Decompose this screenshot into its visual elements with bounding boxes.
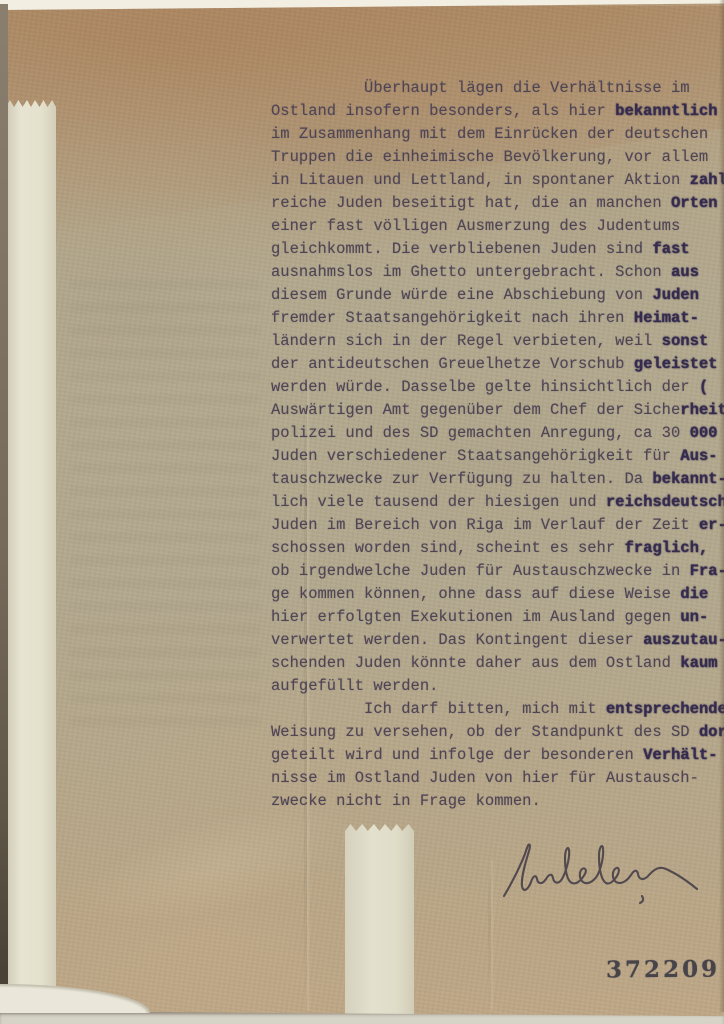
typed-line: Juden verschiedener Staatsangehörigkeit … (271, 445, 724, 468)
typed-line: ob irgendwelche Juden für Austauschzweck… (271, 560, 724, 583)
typed-line: im Zusammenhang mit dem Einrücken der de… (271, 123, 724, 146)
typed-text-block: Überhaupt lägen die Verhältnisse imOstla… (271, 77, 724, 813)
typed-line: schossen worden sind, scheint es sehr fr… (271, 537, 724, 560)
typed-line: werden würde. Dasselbe gelte hinsichtlic… (271, 376, 724, 399)
typed-line: aufgefüllt werden. (271, 675, 724, 698)
typed-line: gleichkommt. Die verbliebenen Juden sind… (271, 238, 724, 261)
typed-line: Weisung zu versehen, ob der Standpunkt d… (271, 721, 724, 744)
typed-line: polizei und des SD gemachten Anregung, c… (271, 422, 724, 445)
paper-crease (488, 860, 491, 1010)
reverse-side-ink-bleed (70, 280, 260, 740)
typed-line: Auswärtigen Amt gegenüber dem Chef der S… (271, 399, 724, 422)
typed-line: diesem Grunde würde eine Abschiebung von… (271, 284, 724, 307)
typed-line: lich viele tausend der hiesigen und reic… (271, 491, 724, 514)
typed-line: Juden im Bereich von Riga im Verlauf der… (271, 514, 724, 537)
typed-line: reiche Juden beseitigt hat, die an manch… (271, 192, 724, 215)
typed-line: geteilt wird und infolge der besonderen … (271, 744, 724, 767)
typed-line: Überhaupt lägen die Verhältnisse im (271, 77, 724, 100)
typed-line: fremder Staatsangehörigkeit nach ihren H… (271, 307, 724, 330)
archive-stamp-number: 372209 (606, 956, 720, 984)
scan-right-edge (719, 0, 724, 1012)
typed-line: schenden Juden könnte daher aus dem Ostl… (271, 652, 724, 675)
typed-line: Ich darf bitten, mich mit entsprechender (271, 698, 724, 721)
typed-line: Truppen die einheimische Bevölkerung, vo… (271, 146, 724, 169)
tape-strip-bottom (345, 824, 414, 1024)
typed-line: hier erfolgten Exekutionen im Ausland ge… (271, 606, 724, 629)
typed-line: ländern sich in der Regel verbieten, wei… (271, 330, 724, 353)
typed-line: ausnahmslos im Ghetto untergebracht. Sch… (271, 261, 724, 284)
scan-left-edge (0, 4, 8, 1013)
typed-line: tauschzwecke zur Verfügung zu halten. Da… (271, 468, 724, 491)
typed-line: verwertet werden. Das Kontingent dieser … (271, 629, 724, 652)
typed-line: einer fast völligen Ausmerzung des Juden… (271, 215, 724, 238)
signature-windecker (494, 838, 714, 912)
page-bottom-left-corner (0, 984, 150, 1013)
typed-line: ge kommen können, ohne dass auf diese We… (271, 583, 724, 606)
scanned-document: Überhaupt lägen die Verhältnisse imOstla… (0, 0, 724, 1024)
typed-line: in Litauen und Lettland, in spontaner Ak… (271, 169, 724, 192)
paper-sheet: Überhaupt lägen die Verhältnisse imOstla… (0, 0, 724, 1024)
typed-line: zwecke nicht in Frage kommen. (271, 790, 724, 813)
scan-top-edge (0, 0, 724, 10)
tape-strip-left (6, 100, 56, 1008)
typed-line: Ostland insofern besonders, als hier bek… (271, 100, 724, 123)
typed-line: der antideutschen Greuelhetze Vorschub g… (271, 353, 724, 376)
typed-line: nisse im Ostland Juden von hier für Aust… (271, 767, 724, 790)
